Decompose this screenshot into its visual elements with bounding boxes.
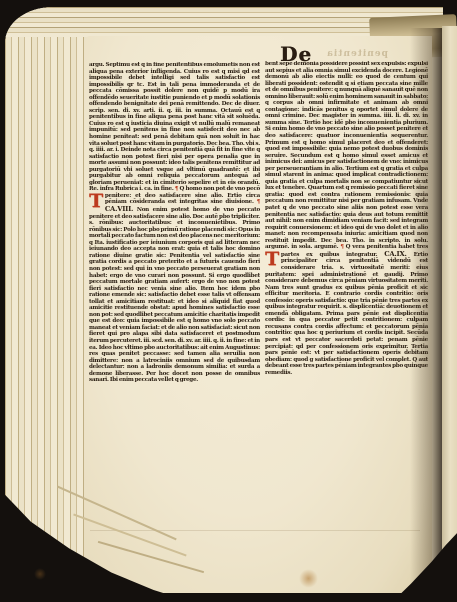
body-text: bent sepe demonia possidere possint sex … [265,61,428,126]
chapter-label: CA.VIII. [105,205,133,213]
body-text: Octauū est q penitentibus in fine aliqua… [89,108,260,193]
lombard-initial: T [89,193,105,208]
pilcrow-mark: ¶ [257,199,260,205]
show-through-text: penitentia [326,49,388,59]
text-column-right: bent sepe demonia possidere possint sex … [265,61,428,509]
paper-stain [34,568,46,580]
chapter-label: CA.IX. [384,250,406,258]
book-page: De penitentia argu. Septimū est q in fin… [84,36,432,594]
fore-edge-leaves [5,7,89,595]
text-column-left: argu. Septimū est q in fine penitentibus… [89,62,260,499]
lombard-initial: T [265,251,281,266]
paper-stain [299,569,318,588]
pilcrow-mark: ¶ [340,244,343,250]
bottom-background [0,593,457,602]
book-photo: De penitentia argu. Septimū est q in fin… [0,0,457,602]
gutter-shadow [410,28,446,594]
facing-page-edge [442,26,457,594]
body-text: Ertio principaliter circa penitentiā vid… [265,252,428,376]
body-text: Tertio hoc idē pbo inconuenientia pluriu… [265,120,428,250]
body-text: argu. Septimū est q in fine penitentibus… [89,62,260,114]
page-crease [90,530,420,531]
pilcrow-mark: ¶ [175,186,178,192]
body-text: Ideo hoc vltimo pbo auctoritatibus: ait … [89,345,260,384]
body-text: Non enim potest homo de vno peccato peni… [89,207,260,350]
